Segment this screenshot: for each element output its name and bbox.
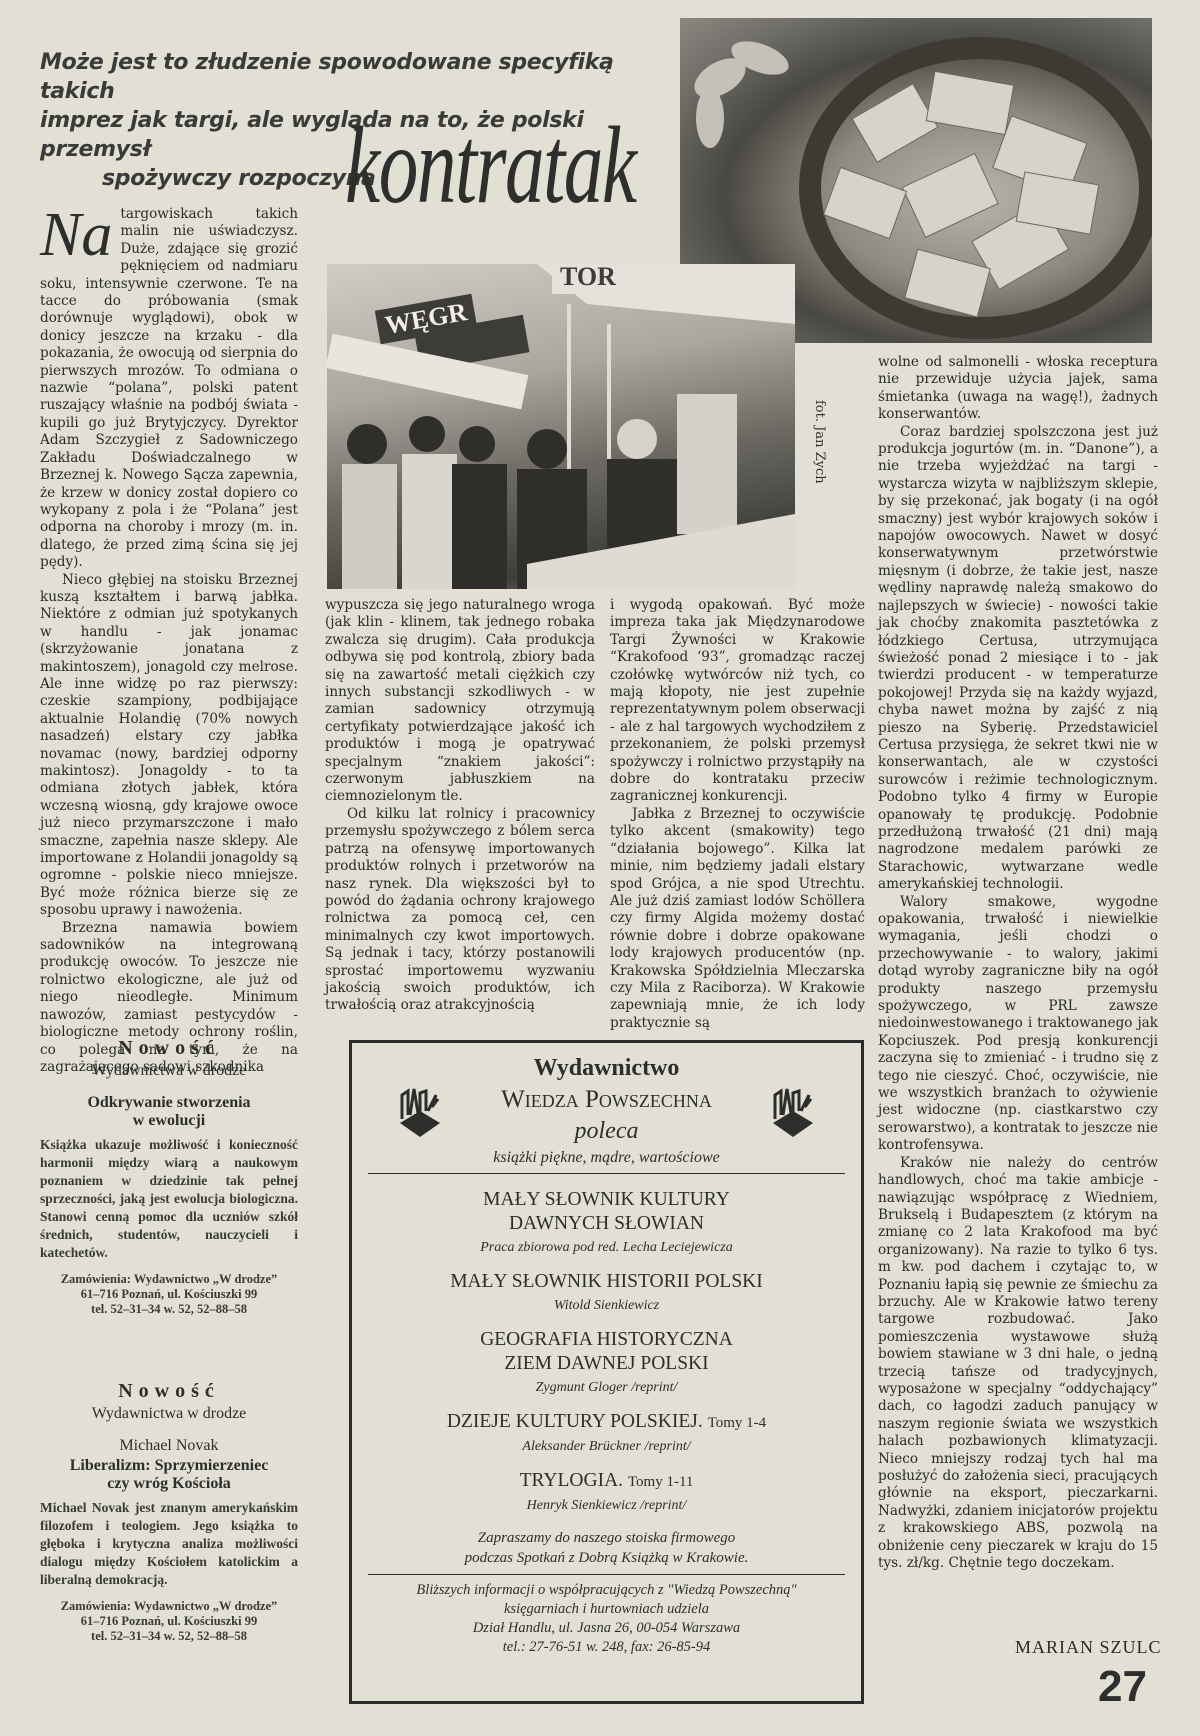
ad-order-info: Zamówienia: Wydawnictwo „W drodze” 61–71… xyxy=(40,1272,298,1317)
ad-heading: Nowość xyxy=(40,1380,298,1403)
paragraph: wypuszcza się jego naturalnego wroga (ja… xyxy=(325,597,595,806)
ad-description: Książka ukazuje możliwość i konieczność … xyxy=(40,1136,298,1262)
advertisement-w-drodze-1: Nowość Wydawnictwa w drodze Odkrywanie s… xyxy=(40,1037,298,1317)
ad-order-info: Zamówienia: Wydawnictwo „W drodze” 61–71… xyxy=(40,1599,298,1644)
publisher-logo-icon xyxy=(396,1085,444,1139)
book-entry: MAŁY SŁOWNIK HISTORII POLSKI Witold Sien… xyxy=(352,1270,861,1314)
book-volumes: Tomy 1-4 xyxy=(708,1415,767,1431)
photo-credit: fot. Jan Zych xyxy=(812,400,827,484)
paragraph: Jabłka z Brzeznej to oczywiście tylko ak… xyxy=(610,806,865,1032)
paragraph: Od kilku lat rolnicy i pracownicy przemy… xyxy=(325,806,595,1015)
book-title: MAŁY SŁOWNIK HISTORII POLSKI xyxy=(352,1270,861,1294)
ad-book-title: Odkrywanie stworzenia w ewolucji xyxy=(40,1094,298,1130)
article-column-1: Na targowiskach takich malin nie uświadc… xyxy=(40,206,298,1076)
paragraph: Kraków nie należy do centrów handlowych,… xyxy=(878,1155,1158,1573)
book-author: Praca zbiorowa pod red. Lecha Leciejewic… xyxy=(352,1240,861,1256)
article-column-4: wolne od salmonelli - włoska receptura n… xyxy=(878,354,1158,1572)
book-entry: GEOGRAFIA HISTORYCZNA ZIEM DAWNEJ POLSKI… xyxy=(352,1328,861,1396)
article-title: kontratak xyxy=(345,110,636,220)
invitation-text: Zapraszamy do naszego stoiska firmowego … xyxy=(352,1528,861,1568)
book-entry: MAŁY SŁOWNIK KULTURY DAWNYCH SŁOWIAN Pra… xyxy=(352,1188,861,1256)
publisher-logo-icon xyxy=(769,1085,817,1139)
paragraph: i wygodą opakowań. Być może impreza taka… xyxy=(610,597,865,806)
book-author: Aleksander Brückner /reprint/ xyxy=(352,1439,861,1455)
advertisement-w-drodze-2: Nowość Wydawnictwa w drodze Michael Nova… xyxy=(40,1380,298,1644)
paragraph: wolne od salmonelli - włoska receptura n… xyxy=(878,354,1158,424)
advertisement-wiedza-powszechna: Wydawnictwo Wiedza Powszechna poleca ksi… xyxy=(349,1040,864,1704)
book-entry: DZIEJE KULTURY POLSKIEJ. Tomy 1-4 Aleksa… xyxy=(352,1410,861,1455)
paragraph: Nieco głębiej na stoisku Brzeznej kuszą … xyxy=(40,572,298,920)
book-title: DZIEJE KULTURY POLSKIEJ. xyxy=(447,1411,703,1432)
ad-publisher: Wydawnictwa w drodze xyxy=(40,1062,298,1080)
article-column-3: i wygodą opakowań. Być może impreza taka… xyxy=(610,597,865,1032)
ad-publisher: Wydawnictwa w drodze xyxy=(40,1405,298,1423)
contact-info: Bliższych informacji o współpracujących … xyxy=(352,1581,861,1657)
page-number: 27 xyxy=(1098,1662,1147,1712)
article-author: MARIAN SZULC xyxy=(1015,1637,1162,1658)
book-title: MAŁY SŁOWNIK KULTURY DAWNYCH SŁOWIAN xyxy=(352,1188,861,1236)
divider xyxy=(368,1574,845,1575)
ad-description: Michael Novak jest znanym amerykańskim f… xyxy=(40,1499,298,1589)
book-volumes: Tomy 1-11 xyxy=(628,1474,693,1490)
publisher-label: Wydawnictwo xyxy=(352,1055,861,1082)
book-title: GEOGRAFIA HISTORYCZNA ZIEM DAWNEJ POLSKI xyxy=(352,1328,861,1376)
tagline: książki piękne, mądre, wartościowe xyxy=(352,1149,861,1167)
ad-book-title: Liberalizm: Sprzymierzeniec czy wróg Koś… xyxy=(40,1457,298,1493)
book-title: TRYLOGIA. xyxy=(520,1470,623,1491)
drop-cap: Na xyxy=(40,210,112,260)
book-author: Henryk Sienkiewicz /reprint/ xyxy=(352,1498,861,1514)
ad-author: Michael Novak xyxy=(40,1437,298,1455)
paragraph: Walory smakowe, wygodne opakowania, trwa… xyxy=(878,894,1158,1155)
photo-trade-fair-stand: WĘGR TOR xyxy=(327,264,795,589)
article-column-2: wypuszcza się jego naturalnego wroga (ja… xyxy=(325,597,595,1015)
lead-line-1: Może jest to złudzenie spowodowane specy… xyxy=(40,48,630,106)
book-author: Zygmunt Gloger /reprint/ xyxy=(352,1380,861,1396)
ad-heading: Nowość xyxy=(40,1037,298,1060)
divider xyxy=(368,1173,845,1174)
sign-tor: TOR xyxy=(552,264,624,294)
book-entry: TRYLOGIA. Tomy 1-11 Henryk Sienkiewicz /… xyxy=(352,1469,861,1514)
book-author: Witold Sienkiewicz xyxy=(352,1298,861,1314)
paragraph: Coraz bardziej spolszczona jest już prod… xyxy=(878,424,1158,894)
